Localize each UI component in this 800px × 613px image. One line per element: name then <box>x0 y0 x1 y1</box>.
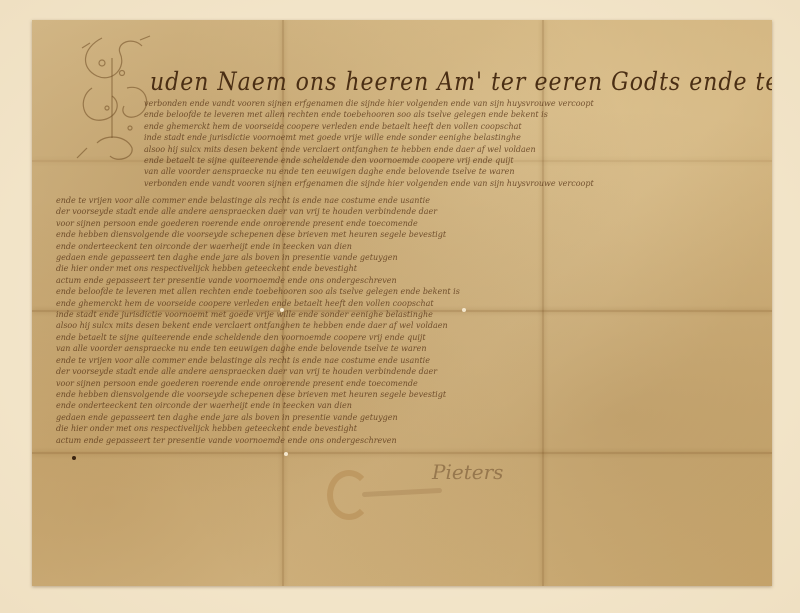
text-line: voor sijnen persoon ende goederen roeren… <box>56 218 758 229</box>
text-line: voor sijnen persoon ende goederen roeren… <box>56 378 758 389</box>
pin-hole <box>72 456 76 460</box>
text-line: ende te vrijen voor alle commer ende bel… <box>56 355 758 366</box>
text-line: van alle voorder aenspraecke nu ende ten… <box>144 166 758 177</box>
text-line: inde stadt ende jurisdictie voornoemt me… <box>56 309 758 320</box>
text-line: ende hebben diensvolgende die voorseyde … <box>56 229 758 240</box>
signature: Pieters <box>432 460 503 484</box>
text-line: ende beloofde te leveren met allen recht… <box>56 286 758 297</box>
text-line: ende hebben diensvolgende die voorseyde … <box>56 389 758 400</box>
text-line: alsoo hij sulcx mits desen bekent ende v… <box>56 320 758 331</box>
text-line: ende beloofde te leveren met allen recht… <box>144 109 758 120</box>
text-line: der voorseyde stadt ende alle andere aen… <box>56 366 758 377</box>
text-line: verbonden ende vandt vooren sijnen erfge… <box>144 98 758 109</box>
pin-hole <box>284 452 288 456</box>
text-line: actum ende gepasseert ter presentie vand… <box>56 435 758 446</box>
text-line: die hier onder met ons respectivelijck h… <box>56 263 758 274</box>
text-line: die hier onder met ons respectivelijck h… <box>56 423 758 434</box>
text-line: ende onderteeckent ten oirconde der waer… <box>56 400 758 411</box>
text-line: ende betaelt te sijne quiteerende ende s… <box>56 332 758 343</box>
text-line: der voorseyde stadt ende alle andere aen… <box>56 206 758 217</box>
seal-trail-stain <box>362 488 442 497</box>
document-heading: uden Naem ons heeren Am' ter eeren Godts… <box>150 68 766 97</box>
document-body-lower: ende te vrijen voor alle commer ende bel… <box>56 195 758 446</box>
text-line: ende onderteeckent ten oirconde der waer… <box>56 241 758 252</box>
text-line: ende ghemerckt hem de voorseide coopere … <box>56 298 758 309</box>
text-line: actum ende gepasseert ter presentie vand… <box>56 275 758 286</box>
text-line: gedaen ende gepasseert ten daghe ende ja… <box>56 252 758 263</box>
parchment-document: uden Naem ons heeren Am' ter eeren Godts… <box>32 20 772 586</box>
text-line: ende ghemerckt hem de voorseide coopere … <box>144 121 758 132</box>
pin-hole <box>462 308 466 312</box>
fold-crease-horizontal <box>32 452 772 454</box>
text-line: van alle voorder aenspraecke nu ende ten… <box>56 343 758 354</box>
text-line: verbonden ende vandt vooren sijnen erfge… <box>144 178 758 189</box>
text-line: gedaen ende gepasseert ten daghe ende ja… <box>56 412 758 423</box>
text-line: ende te vrijen voor alle commer ende bel… <box>56 195 758 206</box>
text-line: ende betaelt te sijne quiteerende ende s… <box>144 155 758 166</box>
pin-hole <box>280 308 284 312</box>
document-body-upper: verbonden ende vandt vooren sijnen erfge… <box>144 98 758 189</box>
text-line: alsoo hij sulcx mits desen bekent ende v… <box>144 144 758 155</box>
text-line: inde stadt ende jurisdictie voornoemt me… <box>144 132 758 143</box>
